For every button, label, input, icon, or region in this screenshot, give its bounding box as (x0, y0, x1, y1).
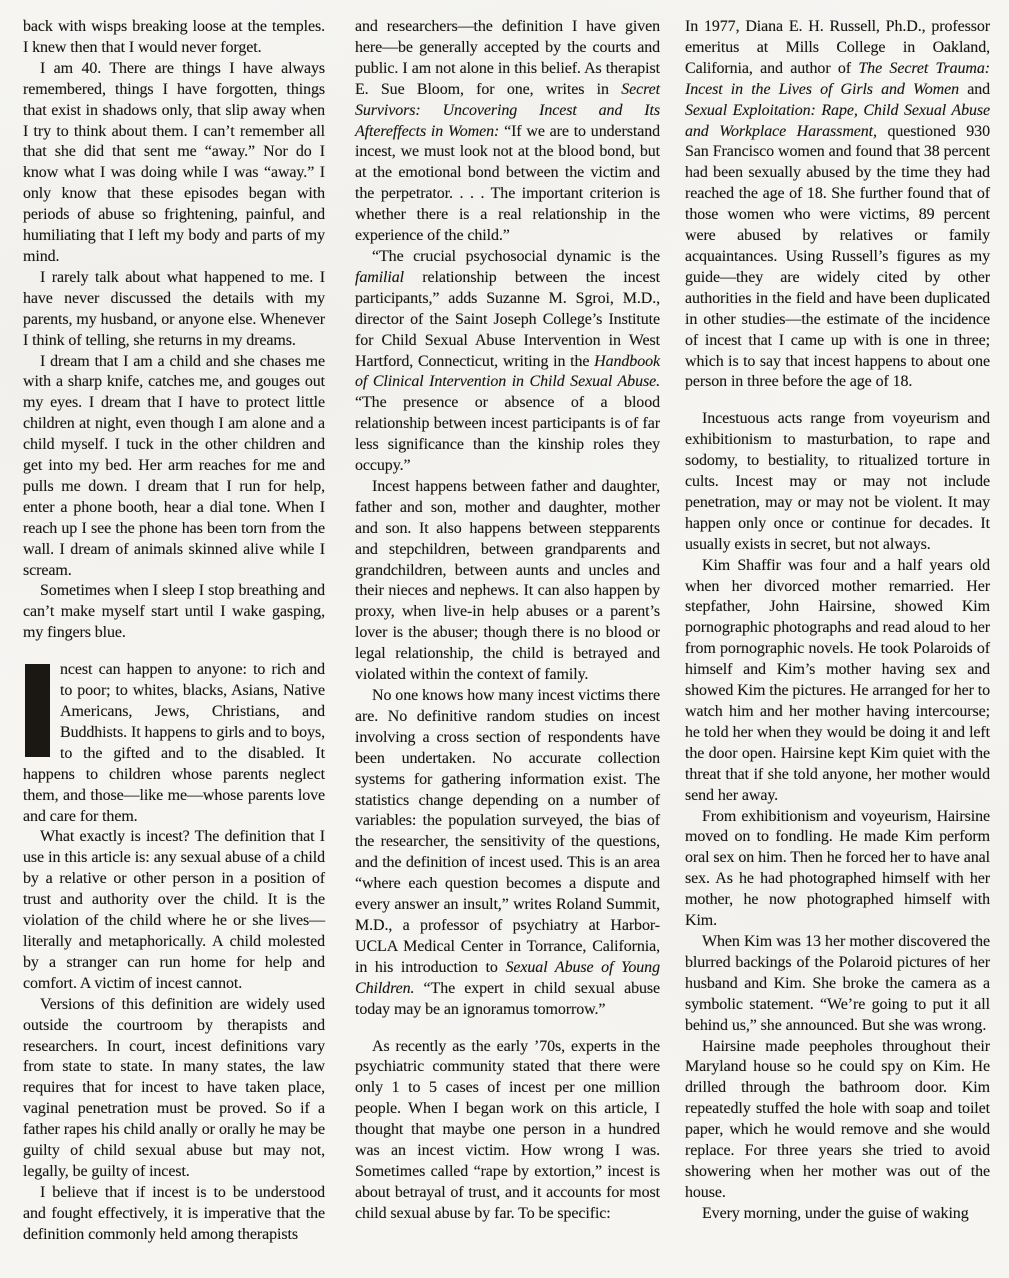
text-run: and researchers—the definition I have gi… (355, 18, 660, 98)
article-columns: back with wisps breaking loose at the te… (23, 17, 990, 1246)
paragraph: Versions of this definition are widely u… (23, 995, 325, 1183)
text-run: No one knows how many incest victims the… (355, 687, 660, 976)
paragraph: Sometimes when I sleep I stop breathing … (23, 581, 325, 644)
paragraph: Hairsine made peepholes throughout their… (685, 1037, 990, 1204)
drop-cap-letter-I (25, 664, 50, 757)
paragraph: In 1977, Diana E. H. Russell, Ph.D., pro… (685, 17, 990, 393)
paragraph: Incest happens between father and daught… (355, 477, 660, 686)
paragraph: Kim Shaffir was four and a half years ol… (685, 556, 990, 807)
paragraph: ncest can happen to anyone: to rich and … (23, 660, 325, 827)
text-column-right: In 1977, Diana E. H. Russell, Ph.D., pro… (685, 17, 990, 1225)
text-run: I dream that I am a child and she chases… (23, 353, 325, 579)
italic-title-run: familial (355, 269, 404, 286)
text-run: I am 40. There are things I have always … (23, 60, 325, 265)
paragraph: As recently as the early ’70s, experts i… (355, 1037, 660, 1225)
paragraph: No one knows how many incest victims the… (355, 686, 660, 1021)
text-run: What exactly is incest? The definition t… (23, 828, 325, 991)
paragraph: I dream that I am a child and she chases… (23, 352, 325, 582)
paragraph: Incestuous acts range from voyeurism and… (685, 409, 990, 555)
paragraph: Every morning, under the guise of waking (685, 1204, 990, 1225)
paragraph: What exactly is incest? The definition t… (23, 827, 325, 994)
text-run: Every morning, under the guise of waking (702, 1205, 969, 1222)
text-run: As recently as the early ’70s, experts i… (355, 1038, 660, 1222)
text-column-middle: and researchers—the definition I have gi… (355, 17, 660, 1225)
text-run: Kim Shaffir was four and a half years ol… (685, 557, 990, 804)
text-run: “If we are to understand incest, we must… (355, 123, 660, 245)
text-run: questioned 930 San Francisco women and f… (685, 123, 990, 391)
paragraph: I am 40. There are things I have always … (23, 59, 325, 268)
paragraph: I believe that if incest is to be unders… (23, 1183, 325, 1246)
text-run: back with wisps breaking loose at the te… (23, 18, 325, 56)
text-run: Hairsine made peepholes throughout their… (685, 1038, 990, 1201)
text-run: “The presence or absence of a blood rela… (355, 394, 660, 474)
paragraph: From exhibitionism and voyeurism, Hairsi… (685, 807, 990, 932)
paragraph: I rarely talk about what happened to me.… (23, 268, 325, 352)
text-run: I believe that if incest is to be unders… (23, 1184, 325, 1243)
text-run: Sometimes when I sleep I stop breathing … (23, 582, 325, 641)
paragraph: “The crucial psychosocial dynamic is the… (355, 247, 660, 477)
text-run: ncest can happen to anyone: to rich and … (23, 661, 325, 824)
text-run: Versions of this definition are widely u… (23, 996, 325, 1180)
text-run: From exhibitionism and voyeurism, Hairsi… (685, 808, 990, 930)
text-run: When Kim was 13 her mother discovered th… (685, 933, 990, 1034)
text-run: I rarely talk about what happened to me.… (23, 269, 325, 349)
text-run: Incest happens between father and daught… (355, 478, 660, 683)
text-run: and (959, 81, 990, 98)
text-run: Incestuous acts range from voyeurism and… (685, 410, 990, 552)
text-column-left: back with wisps breaking loose at the te… (23, 17, 325, 1246)
scanned-article-page: back with wisps breaking loose at the te… (0, 0, 1009, 1278)
paragraph: When Kim was 13 her mother discovered th… (685, 932, 990, 1037)
paragraph: back with wisps breaking loose at the te… (23, 17, 325, 59)
paragraph: and researchers—the definition I have gi… (355, 17, 660, 247)
text-run: “The crucial psychosocial dynamic is the (372, 248, 660, 265)
